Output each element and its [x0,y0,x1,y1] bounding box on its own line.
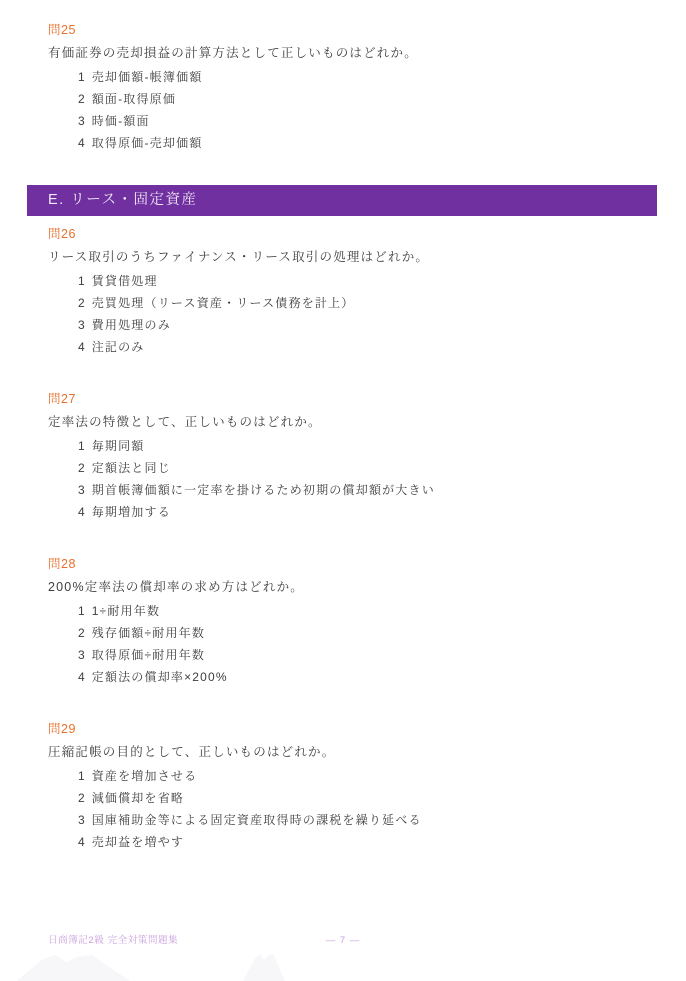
answer-option: 1売却価額-帳簿価額 [78,70,656,84]
option-number: 4 [78,670,85,684]
option-text: 費用処理のみ [92,318,171,332]
option-number: 4 [78,340,85,354]
option-number: 3 [78,813,85,827]
question-text: リース取引のうちファイナンス・リース取引の処理はどれか。 [48,249,656,266]
answer-options: 1毎期同額 2定額法と同じ 3期首帳簿価額に一定率を掛けるため初期の償却額が大き… [48,439,656,519]
question-block-29: 問29 圧縮記帳の目的として、正しいものはどれか。 1資産を増加させる 2減価償… [48,721,656,849]
option-number: 1 [78,70,85,84]
question-number: 問26 [48,226,656,243]
answer-option: 3費用処理のみ [78,318,656,332]
question-block-26: 問26 リース取引のうちファイナンス・リース取引の処理はどれか。 1賃貸借処理 … [48,226,656,354]
question-number: 問27 [48,391,656,408]
answer-option: 4定額法の償却率×200% [78,670,656,684]
option-number: 4 [78,136,85,150]
page-content-lower: 問26 リース取引のうちファイナンス・リース取引の処理はどれか。 1賃貸借処理 … [0,226,686,849]
question-text: 圧縮記帳の目的として、正しいものはどれか。 [48,744,656,761]
answer-option: 2定額法と同じ [78,461,656,475]
answer-option: 3国庫補助金等による固定資産取得時の課税を繰り延べる [78,813,656,827]
answer-option: 1毎期同額 [78,439,656,453]
option-number: 3 [78,114,85,128]
document-page: 問25 有価証券の売却損益の計算方法として正しいものはどれか。 1売却価額-帳簿… [0,0,686,981]
option-number: 3 [78,483,85,497]
option-text: 賃貸借処理 [92,274,158,288]
answer-options: 1売却価額-帳簿価額 2額面-取得原価 3時価-額面 4取得原価-売却価額 [48,70,656,150]
option-number: 4 [78,835,85,849]
option-text: 売買処理（リース資産・リース債務を計上） [92,296,355,310]
option-number: 1 [78,439,85,453]
answer-option: 4注記のみ [78,340,656,354]
watermark-shape [243,954,285,981]
answer-option: 4毎期増加する [78,505,656,519]
answer-options: 11÷耐用年数 2残存価額÷耐用年数 3取得原価÷耐用年数 4定額法の償却率×2… [48,604,656,684]
option-text: 売却価額-帳簿価額 [92,70,203,84]
option-number: 1 [78,274,85,288]
answer-option: 1賃貸借処理 [78,274,656,288]
question-number: 問25 [48,22,656,39]
answer-options: 1賃貸借処理 2売買処理（リース資産・リース債務を計上） 3費用処理のみ 4注記… [48,274,656,354]
page-footer: — 7 — 日商簿記2級 完全対策問題集 [0,934,686,948]
option-text: 資産を増加させる [92,769,198,783]
question-block-27: 問27 定率法の特徴として、正しいものはどれか。 1毎期同額 2定額法と同じ 3… [48,391,656,519]
answer-options: 1資産を増加させる 2減価償却を省略 3国庫補助金等による固定資産取得時の課税を… [48,769,656,849]
option-number: 2 [78,461,85,475]
option-text: 額面-取得原価 [92,92,176,106]
option-text: 取得原価-売却価額 [92,136,203,150]
option-text: 国庫補助金等による固定資産取得時の課税を繰り延べる [92,813,422,827]
answer-option: 11÷耐用年数 [78,604,656,618]
option-text: 残存価額÷耐用年数 [92,626,205,640]
option-text: 定額法の償却率×200% [92,670,228,684]
option-number: 2 [78,92,85,106]
page-content: 問25 有価証券の売却損益の計算方法として正しいものはどれか。 1売却価額-帳簿… [0,0,686,150]
answer-option: 1資産を増加させる [78,769,656,783]
question-number: 問29 [48,721,656,738]
answer-option: 3期首帳簿価額に一定率を掛けるため初期の償却額が大きい [78,483,656,497]
answer-option: 2売買処理（リース資産・リース債務を計上） [78,296,656,310]
option-text: 定額法と同じ [92,461,171,475]
option-text: 毎期増加する [92,505,171,519]
option-number: 3 [78,648,85,662]
question-block-25: 問25 有価証券の売却損益の計算方法として正しいものはどれか。 1売却価額-帳簿… [48,22,656,150]
option-number: 2 [78,296,85,310]
question-text: 200%定率法の償却率の求め方はどれか。 [48,579,656,596]
answer-option: 4売却益を増やす [78,835,656,849]
answer-option: 3取得原価÷耐用年数 [78,648,656,662]
option-number: 2 [78,626,85,640]
option-text: 期首帳簿価額に一定率を掛けるため初期の償却額が大きい [92,483,435,497]
answer-option: 2残存価額÷耐用年数 [78,626,656,640]
watermark-shape [17,955,130,981]
answer-option: 4取得原価-売却価額 [78,136,656,150]
section-header: E. リース・固定資産 [27,185,657,216]
option-number: 1 [78,604,85,618]
option-number: 1 [78,769,85,783]
answer-option: 2額面-取得原価 [78,92,656,106]
option-number: 4 [78,505,85,519]
option-text: 毎期同額 [92,439,145,453]
option-text: 注記のみ [92,340,145,354]
option-text: 時価-額面 [92,114,150,128]
option-number: 3 [78,318,85,332]
option-text: 1÷耐用年数 [92,604,160,618]
answer-option: 3時価-額面 [78,114,656,128]
question-number: 問28 [48,556,656,573]
answer-option: 2減価償却を省略 [78,791,656,805]
option-number: 2 [78,791,85,805]
option-text: 取得原価÷耐用年数 [92,648,205,662]
option-text: 減価償却を省略 [92,791,184,805]
question-block-28: 問28 200%定率法の償却率の求め方はどれか。 11÷耐用年数 2残存価額÷耐… [48,556,656,684]
question-text: 定率法の特徴として、正しいものはどれか。 [48,414,656,431]
question-text: 有価証券の売却損益の計算方法として正しいものはどれか。 [48,45,656,62]
option-text: 売却益を増やす [92,835,184,849]
footer-book-title: 日商簿記2級 完全対策問題集 [48,934,178,947]
